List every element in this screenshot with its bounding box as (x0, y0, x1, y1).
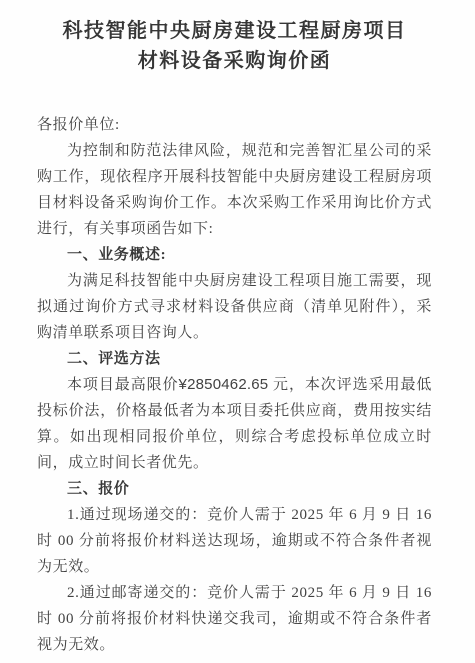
document-title-line2: 材料设备采购询价函 (37, 46, 432, 76)
document-page: 科技智能中央厨房建设工程厨房项目 材料设备采购询价函 各报价单位: 为控制和防范… (0, 0, 475, 663)
section1-heading: 一、业务概述: (37, 242, 432, 268)
max-price-value: ¥2850462.65 (179, 376, 269, 393)
section3-item1: 1.通过现场递交的：竞价人需于 2025 年 6 月 9 日 16 时 00 分… (37, 502, 432, 580)
salutation: 各报价单位: (37, 112, 432, 138)
document-title-line1: 科技智能中央厨房建设工程厨房项目 (37, 16, 432, 46)
section2-paragraph: 本项目最高限价¥2850462.65 元，本次评选采用最低投标价法，价格最低者为… (37, 372, 432, 476)
document-body: 各报价单位: 为控制和防范法律风险，规范和完善智汇星公司的采购工作，现依程序开展… (37, 112, 432, 658)
section2-text-pre: 本项目最高限价 (67, 377, 179, 393)
section3-heading: 三、报价 (37, 476, 432, 502)
document-title: 科技智能中央厨房建设工程厨房项目 材料设备采购询价函 (37, 16, 432, 76)
section1-paragraph: 为满足科技智能中央厨房建设工程项目施工需要，现拟通过询价方式寻求材料设备供应商（… (37, 268, 432, 346)
intro-paragraph: 为控制和防范法律风险，规范和完善智汇星公司的采购工作，现依程序开展科技智能中央厨… (37, 138, 432, 242)
section2-heading: 二、评选方法 (37, 346, 432, 372)
section3-item2: 2.通过邮寄递交的：竞价人需于 2025 年 6 月 9 日 16 时 00 分… (37, 580, 432, 658)
